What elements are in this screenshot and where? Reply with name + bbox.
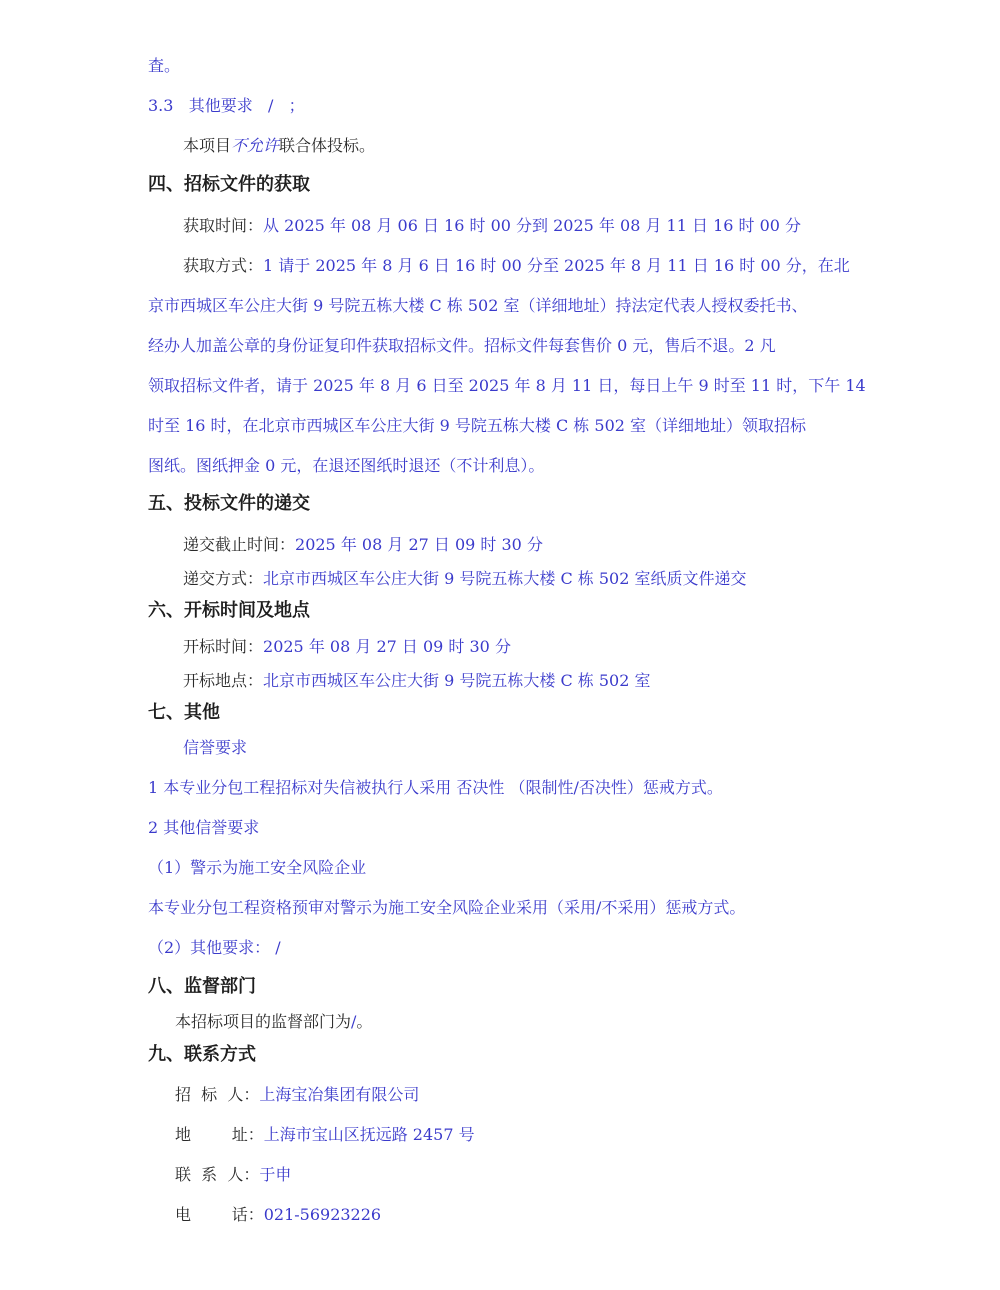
phone-value: 021-56923226 bbox=[264, 1205, 381, 1224]
supervision-dept-prefix: 本招标项目的监督部门为 bbox=[175, 1012, 351, 1031]
address-value: 上海市宝山区抚远路 2457 号 bbox=[264, 1125, 475, 1144]
acquire-time-value: 从 2025 年 08 月 06 日 16 时 00 分到 2025 年 08 … bbox=[263, 216, 801, 235]
contact-phone: 电 话：021-56923226 bbox=[175, 1205, 381, 1225]
opening-time-value: 2025 年 08 月 27 日 09 时 30 分 bbox=[263, 637, 511, 656]
section-8-title: 八、监督部门 bbox=[148, 977, 256, 997]
opening-time: 开标时间：2025 年 08 月 27 日 09 时 30 分 bbox=[183, 637, 511, 657]
contact-person: 联 系 人：于申 bbox=[175, 1165, 291, 1185]
acquire-method-line-6: 图纸。图纸押金 0 元，在退还图纸时退还（不计利息）。 bbox=[148, 456, 544, 476]
consortium-value: 不允许 bbox=[231, 136, 279, 155]
clause-3-3: 3.3 其他要求 / ； bbox=[148, 96, 305, 116]
continued-text: 査。 bbox=[148, 56, 180, 76]
section-7-title: 七、其他 bbox=[148, 703, 220, 723]
acquire-method-text: 1 请于 2025 年 8 月 6 日 16 时 00 分至 2025 年 8 … bbox=[263, 256, 850, 275]
credit-requirements: 信誉要求 bbox=[183, 738, 247, 758]
submission-deadline-label: 递交截止时间： bbox=[183, 535, 295, 554]
acquire-time: 获取时间：从 2025 年 08 月 06 日 16 时 00 分到 2025 … bbox=[183, 216, 801, 236]
acquire-method-label: 获取方式： bbox=[183, 256, 263, 275]
acquire-method-line-3: 经办人加盖公章的身份证复印件获取招标文件。招标文件每套售价 0 元，售后不退。2… bbox=[148, 336, 776, 356]
phone-label: 电 话： bbox=[175, 1205, 264, 1224]
credit-item-2-1: （1）警示为施工安全风险企业 bbox=[148, 858, 366, 878]
opening-place-label: 开标地点： bbox=[183, 671, 263, 690]
tenderer-label: 招 标 人： bbox=[175, 1085, 259, 1104]
section-6-title: 六、开标时间及地点 bbox=[148, 601, 310, 621]
acquire-time-label: 获取时间： bbox=[183, 216, 263, 235]
supervision-dept: 本招标项目的监督部门为/。 bbox=[175, 1012, 372, 1032]
opening-place: 开标地点：北京市西城区车公庄大街 9 号院五栋大楼 C 栋 502 室 bbox=[183, 671, 651, 691]
consortium-prefix: 本项目 bbox=[183, 136, 231, 155]
credit-item-2-1-text: 本专业分包工程资格预审对警示为施工安全风险企业采用（采用/不采用）惩戒方式。 bbox=[148, 898, 745, 918]
submission-method: 递交方式：北京市西城区车公庄大街 9 号院五栋大楼 C 栋 502 室纸质文件递… bbox=[183, 569, 747, 589]
contact-address: 地 址：上海市宝山区抚远路 2457 号 bbox=[175, 1125, 475, 1145]
opening-time-label: 开标时间： bbox=[183, 637, 263, 656]
address-label: 地 址： bbox=[175, 1125, 264, 1144]
consortium-suffix: 联合体投标。 bbox=[279, 136, 375, 155]
acquire-method-line-5: 时至 16 时，在北京市西城区车公庄大街 9 号院五栋大楼 C 栋 502 室（… bbox=[148, 416, 806, 436]
submission-deadline: 递交截止时间：2025 年 08 月 27 日 09 时 30 分 bbox=[183, 535, 543, 555]
clause-value: / bbox=[268, 96, 273, 115]
section-4-title: 四、招标文件的获取 bbox=[148, 175, 310, 195]
section-5-title: 五、投标文件的递交 bbox=[148, 494, 310, 514]
clause-label: 其他要求 bbox=[189, 96, 253, 115]
credit-item-1: 1 本专业分包工程招标对失信被执行人采用 否决性 （限制性/否决性）惩戒方式。 bbox=[148, 778, 723, 798]
acquire-method-line-1: 获取方式：1 请于 2025 年 8 月 6 日 16 时 00 分至 2025… bbox=[183, 256, 850, 276]
clause-number: 3.3 bbox=[148, 96, 173, 115]
contact-person-value: 于申 bbox=[259, 1165, 291, 1184]
section-9-title: 九、联系方式 bbox=[148, 1045, 256, 1065]
credit-item-2: 2 其他信誉要求 bbox=[148, 818, 259, 838]
clause-end: ； bbox=[289, 96, 305, 115]
document-page: 査。 3.3 其他要求 / ； 本项目不允许联合体投标。 四、招标文件的获取 获… bbox=[0, 0, 1000, 1290]
consortium-statement: 本项目不允许联合体投标。 bbox=[183, 136, 375, 156]
submission-method-label: 递交方式： bbox=[183, 569, 263, 588]
supervision-dept-suffix: 。 bbox=[356, 1012, 372, 1031]
acquire-method-line-2: 京市西城区车公庄大街 9 号院五栋大楼 C 栋 502 室（详细地址）持法定代表… bbox=[148, 296, 807, 316]
credit-item-2-2: （2）其他要求： / bbox=[148, 938, 281, 958]
opening-place-value: 北京市西城区车公庄大街 9 号院五栋大楼 C 栋 502 室 bbox=[263, 671, 650, 690]
contact-person-label: 联 系 人： bbox=[175, 1165, 259, 1184]
submission-deadline-value: 2025 年 08 月 27 日 09 时 30 分 bbox=[295, 535, 543, 554]
tenderer-value: 上海宝冶集团有限公司 bbox=[259, 1085, 419, 1104]
contact-tenderer: 招 标 人：上海宝冶集团有限公司 bbox=[175, 1085, 419, 1105]
acquire-method-line-4: 领取招标文件者，请于 2025 年 8 月 6 日至 2025 年 8 月 11… bbox=[148, 376, 866, 396]
submission-method-value: 北京市西城区车公庄大街 9 号院五栋大楼 C 栋 502 室纸质文件递交 bbox=[263, 569, 746, 588]
